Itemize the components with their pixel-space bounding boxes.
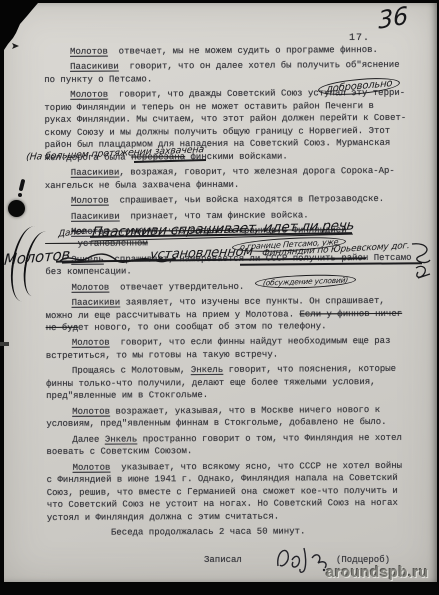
signature-podtserob	[272, 542, 330, 576]
paragraph: Молотов говорит, что если финны найдут н…	[46, 335, 426, 362]
paragraph: Паасикиви, возражая, говорит, что железн…	[45, 165, 425, 192]
scanned-document-page: 36 17. Молотов отвечает, мы не можем суд…	[0, 0, 439, 595]
speaker-name: Паасикиви	[70, 62, 119, 72]
paragraph: Далее Энкель пространно говорит о том, ч…	[46, 431, 426, 458]
typed-segment: ет нового, то они сообщат об этом по тел…	[78, 321, 327, 333]
scan-edge-band	[0, 583, 439, 595]
typed-segment: Прощаясь с Молотовым,	[72, 365, 191, 376]
typed-segment: заявляет, что изучены все пункты. Он спр…	[120, 296, 385, 308]
typed-segment: условиям, пред"явленным финнам в Стокгол…	[46, 417, 386, 429]
typed-segment: отвечает утвердительно.	[109, 281, 244, 292]
typed-line: Молотов спрашивает, чьи войска находятся…	[45, 193, 425, 208]
page-number: 17.	[349, 33, 370, 44]
paragraph: Паасикиви заявляет, что изучены все пунк…	[46, 295, 426, 335]
speaker-name: Молотов	[72, 338, 110, 348]
handwritten-scribble-crossout	[58, 251, 178, 267]
typed-segment: спрашивает, чьи войска находятся в Петро…	[109, 194, 385, 206]
typed-segment: Далее	[72, 434, 104, 444]
speaker-name: Паасикиви	[71, 168, 120, 178]
typed-line: не будет нового, то они сообщат об этом …	[46, 320, 426, 335]
typed-line: условиям, пред"явленным финнам в Стокгол…	[46, 416, 426, 431]
typed-segment: говорит, что пояснения, которые	[223, 364, 396, 375]
typed-line: Беседа продолжалась 2 часа 50 минут.	[47, 525, 427, 540]
typed-line: устоял и Финляндия должна с этим считать…	[47, 509, 427, 524]
typed-text-block: Молотов отвечает, мы не можем судить о п…	[44, 44, 427, 543]
typed-line: Молотов отвечает, мы не можем судить о п…	[44, 44, 424, 59]
watermark: aroundspb.ru	[326, 564, 429, 581]
typed-segment: финны только-что получили, делают еще бо…	[46, 377, 376, 389]
speaker-name: Молотов	[70, 47, 108, 57]
typed-segment: , возражая, говорит, что железная дорога…	[119, 166, 395, 178]
typed-segment: скому Союзу и мы должны получить общую г…	[45, 126, 391, 138]
speaker-name: Энкель	[105, 434, 137, 444]
speaker-name: Паасикиви	[72, 298, 121, 308]
typed-segment: пред"явленные им в Стокгольме.	[46, 390, 208, 401]
typed-line: хангельск не была захвачена финнами.	[45, 178, 425, 193]
speaker-name: Молотов	[71, 282, 109, 292]
typed-segment: встретиться, то мы готовы на такую встре…	[46, 350, 278, 361]
typed-segment: говорит, что он далее хотел бы получить …	[119, 60, 400, 72]
typed-segment: устоял и Финляндия должна с этим считать…	[47, 511, 279, 522]
typed-segment: говорит, что если финны найдут необходим…	[110, 336, 391, 348]
typed-line: что Советский Союз не устоит на ногах. Н…	[47, 497, 427, 512]
paragraph: Молотов отвечает, мы не можем судить о п…	[44, 44, 424, 59]
typed-segment: указывает, что всякому ясно, что СССР не…	[110, 460, 402, 472]
typed-segment: пространно говорит о том, что Финляндия …	[137, 432, 402, 444]
typed-segment: Если у финнов ничег	[299, 308, 402, 319]
speaker-name: Молотов	[73, 462, 111, 472]
typed-segment: с Финляндией в июне 1941 г. Однако, Финл…	[47, 473, 398, 485]
margin-flourish-mark	[408, 240, 436, 282]
typed-segment: можно ли еще рассчитывать на прием у Мол…	[46, 309, 300, 321]
typed-segment: торию Финляндии и теперь он не может ост…	[44, 101, 374, 113]
typed-segment: отвечает, мы не можем судить о программе…	[108, 45, 378, 57]
punch-hole	[8, 200, 25, 217]
typed-segment: возражает, указывая, что в Москве ничего…	[110, 405, 380, 417]
speaker-name: Энкель	[191, 365, 223, 375]
speaker-name: Молотов	[71, 196, 109, 206]
typed-line: Паасикиви говорит, что он далее хотел бы…	[44, 59, 424, 74]
typed-line: Молотов отвечает утвердительно.	[45, 279, 425, 294]
typed-segment: по пункту о Петсамо.	[44, 74, 152, 85]
edge-artifact	[0, 342, 9, 346]
typed-segment: руках Финляндии. Мы считаем, что этот ра…	[44, 113, 406, 125]
typed-segment: хангельск не была захвачена финнами.	[45, 180, 239, 191]
typed-line: воевать с Советским Союзом.	[46, 444, 426, 459]
typed-line: Далее Энкель пространно говорит о том, ч…	[46, 431, 426, 446]
typed-segment: без компенсации.	[45, 267, 131, 278]
typed-line: пред"явленные им в Стокгольме.	[46, 388, 426, 403]
typed-segment: что Советский Союз не устоит на ногах. Н…	[47, 498, 398, 510]
paragraph: Молотов отвечает утвердительно.	[45, 279, 425, 294]
margin-exclamation-dot	[18, 193, 22, 197]
typed-segment: Союз, решив, что вместе с Германией она …	[47, 486, 398, 498]
typed-segment: воевать с Советским Союзом.	[46, 446, 192, 457]
paragraph: Беседа продолжалась 2 часа 50 минут.	[47, 525, 427, 540]
speaker-name: Молотов	[70, 90, 108, 100]
typed-segment: Беседа продолжалась 2 часа 50 минут.	[111, 527, 305, 538]
speaker-name: Паасикиви	[71, 211, 120, 221]
typed-line: Молотов говорит, что если финны найдут н…	[46, 335, 426, 350]
recorded-by-label: Записал	[204, 555, 242, 565]
paragraph: Молотов возражает, указывая, что в Москв…	[46, 403, 426, 430]
paragraph: Прощаясь с Молотовым, Энкель говорит, чт…	[46, 363, 426, 403]
speaker-name: Молотов	[72, 406, 110, 416]
typed-segment: не буд	[46, 323, 78, 333]
typed-line: можно ли еще рассчитывать на прием у Мол…	[46, 307, 426, 322]
typed-line: встретиться, то мы готовы на такую встре…	[46, 348, 426, 363]
handwritten-folio-number: 36	[378, 1, 409, 34]
typed-line: Паасикиви, возражая, говорит, что железн…	[45, 165, 425, 180]
paragraph: Молотов указывает, что всякому ясно, что…	[47, 459, 427, 524]
paragraph: Молотов спрашивает, чьи войска находятся…	[45, 193, 425, 208]
